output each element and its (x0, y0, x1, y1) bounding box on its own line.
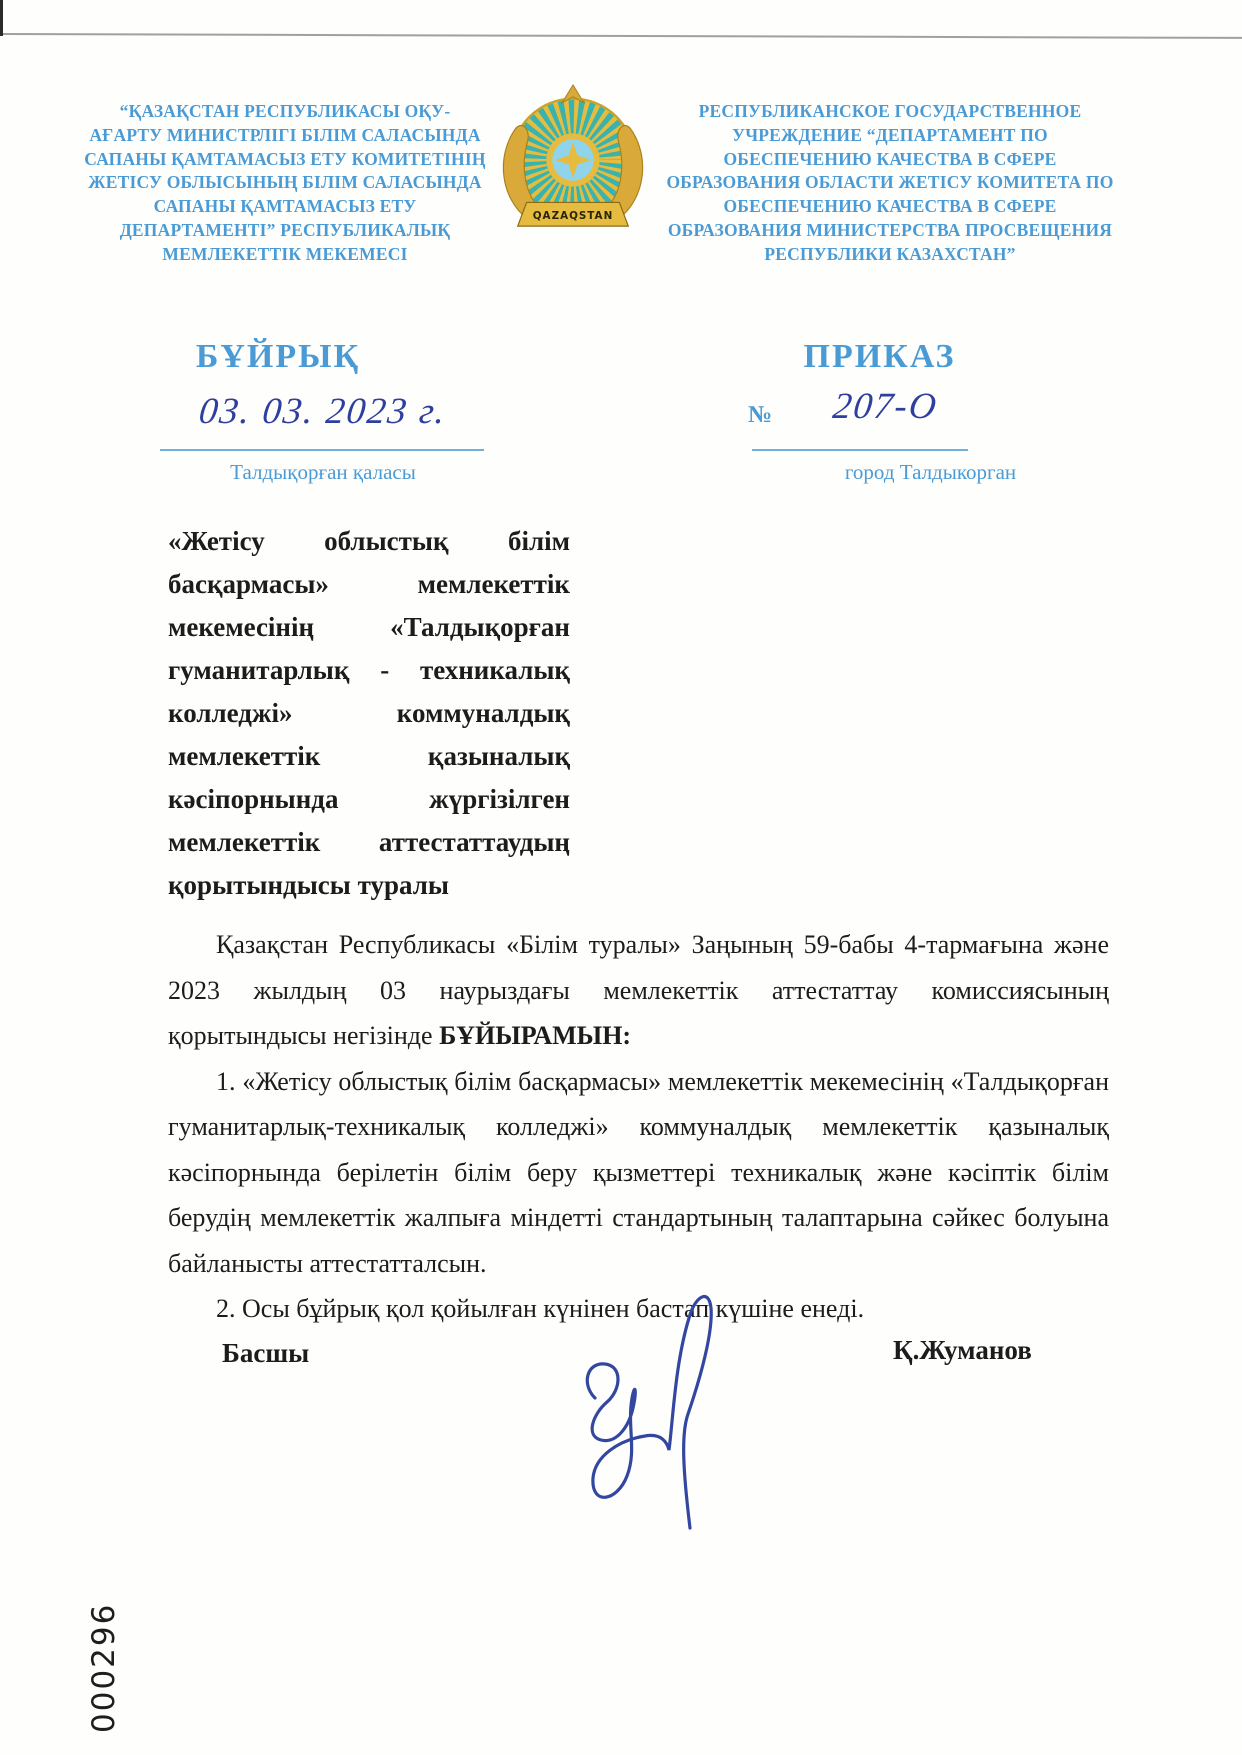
emblem-banner-text: QAZAQSTAN (533, 210, 613, 222)
order-number-handwritten: 207-О (785, 385, 985, 428)
order-title-russian: ПРИКАЗ (772, 338, 987, 376)
number-sign: № (748, 402, 772, 429)
intro-text: Қазақстан Республикасы «Білім туралы» За… (168, 930, 1109, 1050)
signature-autograph-icon (556, 1278, 746, 1538)
serial-number: 000296 (86, 1598, 122, 1733)
order-title-kazakh: БҰЙРЫҚ (138, 338, 418, 376)
subject-paragraph: «Жетісу облыстық білім басқармасы» мемле… (168, 520, 570, 907)
number-underline (752, 449, 968, 451)
org-name-russian: РЕСПУБЛИКАНСКОЕ ГОСУДАРСТВЕННОЕ УЧРЕЖДЕН… (666, 100, 1114, 267)
order-date-handwritten: 03. 03. 2023 г. (155, 390, 490, 433)
intro-paragraph: Қазақстан Республикасы «Білім туралы» За… (168, 922, 1109, 1059)
order-place-russian: город Талдыкорган (768, 460, 1093, 485)
kazakhstan-emblem-icon: QAZAQSTAN (494, 78, 652, 238)
signatory-role: Басшы (222, 1338, 309, 1369)
order-place-kazakh: Талдықорған қаласы (158, 460, 488, 485)
scan-corner-mark (0, 0, 3, 36)
buyiramyn-emphasis: БҰЙЫРАМЫН: (439, 1021, 631, 1050)
org-name-kazakh: “ҚАЗАҚСТАН РЕСПУБЛИКАСЫ ОҚУ-АҒАРТУ МИНИС… (84, 100, 486, 267)
scanned-order-page: “ҚАЗАҚСТАН РЕСПУБЛИКАСЫ ОҚУ-АҒАРТУ МИНИС… (0, 0, 1242, 1755)
scan-edge-line (0, 33, 1242, 39)
signatory-name: Қ.Жуманов (893, 1335, 1032, 1366)
date-underline (160, 449, 484, 451)
order-item-1: 1. «Жетісу облыстық білім басқармасы» ме… (168, 1059, 1109, 1287)
order-body: Қазақстан Республикасы «Білім туралы» За… (168, 922, 1109, 1332)
